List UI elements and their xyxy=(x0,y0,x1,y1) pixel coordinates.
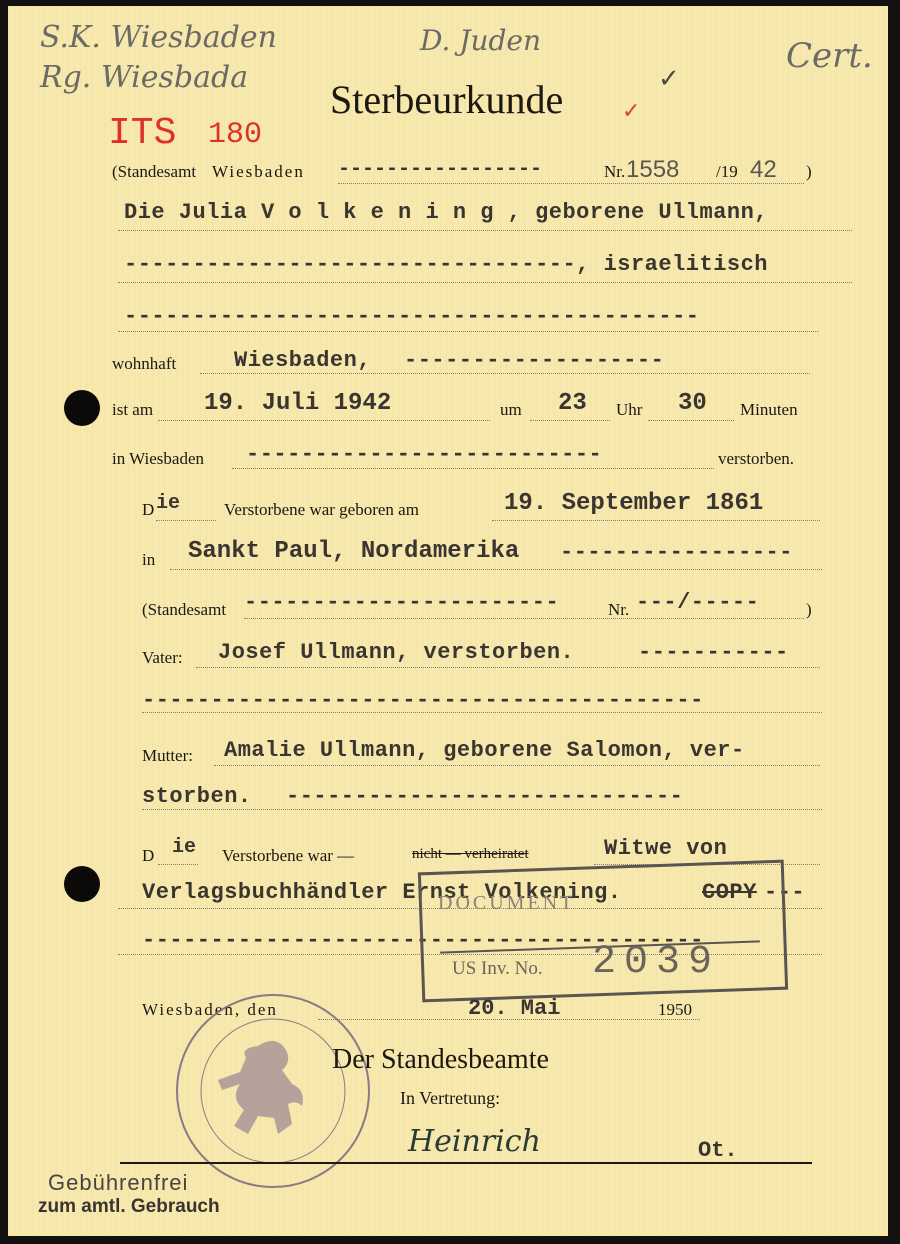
death-hour: 23 xyxy=(558,390,587,417)
filler-dashes: ------------------- xyxy=(404,348,664,373)
place-of-death-label: in Wiesbaden xyxy=(112,449,204,469)
death-date-label: ist am xyxy=(112,400,153,420)
struck-marital-options: nicht — verheiratet xyxy=(412,846,529,863)
document-title: Sterbeurkunde xyxy=(330,76,563,123)
its-stamp-number: 180 xyxy=(208,118,262,152)
seal-lion-icon xyxy=(178,996,368,1186)
birth-date: 19. September 1861 xyxy=(504,490,763,517)
issue-date: 20. Mai xyxy=(468,996,560,1021)
checkmark-icon: ✓ xyxy=(658,64,680,94)
deceased-name: Die Julia V o l k e n i n g , geborene U… xyxy=(124,200,768,225)
handwritten-note-cert: Cert. xyxy=(786,36,873,76)
signature-title: Der Standesbeamte xyxy=(332,1044,549,1076)
mother-value-line1: Amalie Ullmann, geborene Salomon, ver- xyxy=(224,738,745,763)
signature-rule xyxy=(120,1162,812,1164)
close-paren: ) xyxy=(806,162,812,182)
certificate-page: S.K. Wiesbaden Rg. Wiesbada D. Juden Cer… xyxy=(8,6,888,1236)
inventory-number: 2039 xyxy=(592,940,720,985)
punch-hole xyxy=(64,390,100,426)
record-number: 1558 xyxy=(626,156,679,184)
filler-dashes: ----------------- xyxy=(560,540,793,565)
issue-year: 1950 xyxy=(658,1000,692,1020)
its-stamp-prefix: ITS xyxy=(108,112,176,155)
marital-article: ie xyxy=(172,836,196,859)
birth-prefix: D xyxy=(142,500,154,520)
uhr-label: Uhr xyxy=(616,400,642,420)
year-prefix: /19 xyxy=(716,162,738,182)
death-date: 19. Juli 1942 xyxy=(204,390,391,417)
father-label: Vater: xyxy=(142,648,183,668)
blank-line: ----------------------------------------… xyxy=(124,304,700,329)
filler-dashes: ----------- xyxy=(638,640,789,665)
birth-registry-label: (Standesamt xyxy=(142,600,226,620)
filler-dashes: ----------------------- xyxy=(244,590,559,615)
birth-place-label: in xyxy=(142,550,155,570)
inventory-stamp-header: DOCUMENT xyxy=(438,892,575,915)
filler-dashes: ----------------- xyxy=(338,158,542,181)
death-minutes: 30 xyxy=(678,390,707,417)
signature-subtitle: In Vertretung: xyxy=(400,1088,500,1109)
marital-label: Verstorbene war — xyxy=(222,846,354,866)
signature: Heinrich xyxy=(408,1124,541,1159)
residence-value: Wiesbaden, xyxy=(234,348,371,373)
close-paren: ) xyxy=(806,600,812,620)
record-year: 42 xyxy=(750,156,777,184)
signature-suffix: Ot. xyxy=(698,1138,738,1163)
handwritten-note-1: S.K. Wiesbaden xyxy=(40,20,277,55)
filler-dashes: ---/----- xyxy=(636,590,759,615)
inventory-label: US Inv. No. xyxy=(452,958,543,980)
official-seal xyxy=(176,994,370,1188)
birth-article: ie xyxy=(156,492,180,515)
father-value: Josef Ullmann, verstorben. xyxy=(218,640,574,665)
mother-label: Mutter: xyxy=(142,746,193,766)
filler-dashes: ----------------------------- xyxy=(286,784,683,809)
filler-dashes: ----------------------------------------… xyxy=(142,688,704,713)
red-checkmark-icon: ✓ xyxy=(622,98,640,124)
fee-note-line2: zum amtl. Gebrauch xyxy=(38,1196,220,1218)
nr-label: Nr. xyxy=(604,162,625,182)
birth-registry-nr: Nr. xyxy=(608,600,629,620)
verstorben-label: verstorben. xyxy=(718,449,794,469)
registry-label: (Standesamt xyxy=(112,162,196,182)
handwritten-note-juden: D. Juden xyxy=(420,24,541,57)
residence-label: wohnhaft xyxy=(112,354,176,374)
birth-place: Sankt Paul, Nordamerika xyxy=(188,538,519,565)
handwritten-note-2: Rg. Wiesbada xyxy=(40,60,248,95)
registry-office: Wiesbaden xyxy=(212,162,305,182)
marital-value: Witwe von xyxy=(604,836,727,861)
marital-prefix: D xyxy=(142,846,154,866)
birth-label: Verstorbene war geboren am xyxy=(224,500,419,520)
punch-hole xyxy=(64,866,100,902)
filler-dashes: -------------------------- xyxy=(246,442,602,467)
mother-value-line2: storben. xyxy=(142,784,252,809)
minuten-label: Minuten xyxy=(740,400,798,420)
fee-note-line1: Gebührenfrei xyxy=(48,1170,188,1196)
um-label: um xyxy=(500,400,522,420)
religion-line: ---------------------------------, israe… xyxy=(124,252,768,277)
